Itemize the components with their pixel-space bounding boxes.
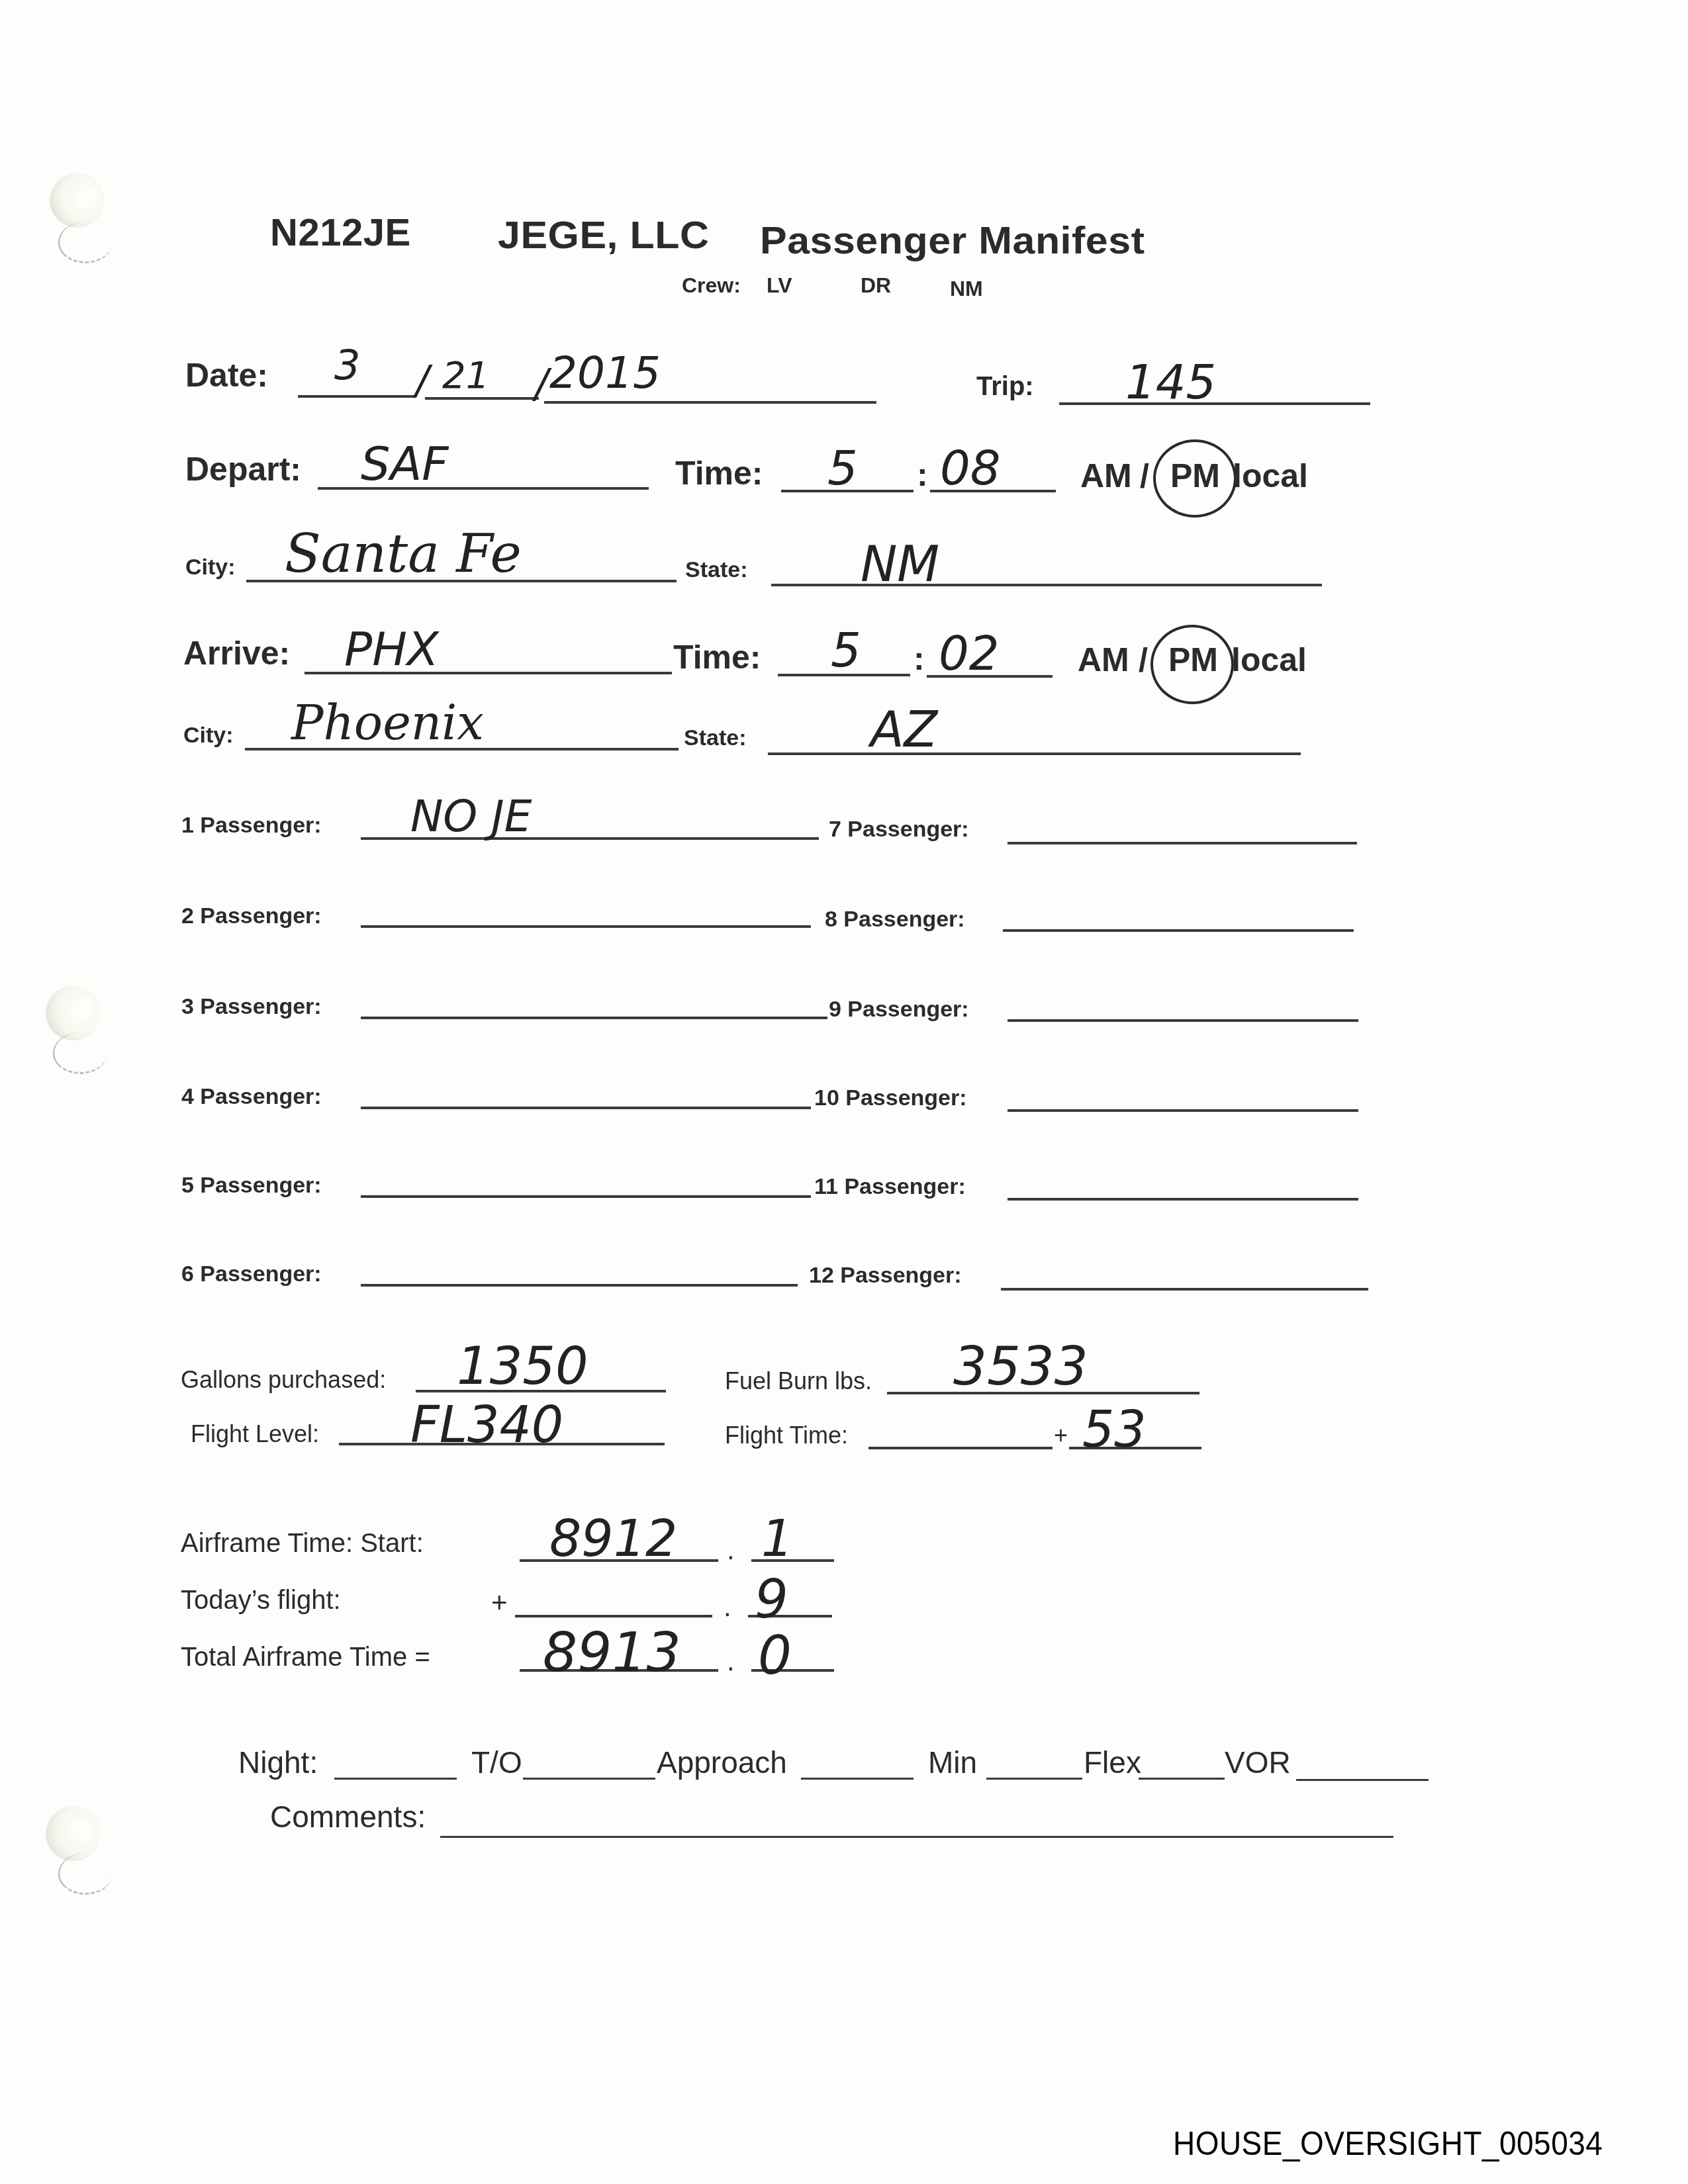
todays-flight-decimal: . [724,1591,731,1623]
arrive-time-label: Time: [673,638,761,676]
passenger-9-line [1008,1019,1358,1022]
arrive-city-label: City: [183,723,234,749]
night-field[interactable] [334,1778,457,1780]
form-header: N212JE [270,210,411,255]
arrive-label: Arrive: [183,634,290,672]
passenger-6-label: 6 Passenger: [181,1261,322,1287]
passenger-7-line [1008,842,1357,844]
takeoff-field[interactable] [523,1778,655,1780]
crew-member-3: NM [950,277,983,301]
flight-time-plus: + [1054,1422,1068,1449]
todays-flight-label: Today’s flight: [181,1586,341,1615]
arrive-time-colon: : [914,639,925,678]
binder-hole-top [52,173,105,226]
crew-label: Crew: [682,273,741,298]
depart-pm-selected-circle [1153,439,1237,518]
airframe-start-tenths-field[interactable]: 1 [761,1509,793,1568]
date-day-field[interactable]: 21 [442,354,489,397]
depart-time-label: Time: [675,454,763,492]
passenger-9-label: 9 Passenger: [829,997,969,1023]
depart-state-label: State: [685,557,747,583]
fuel-burn-field[interactable]: 3533 [953,1336,1088,1397]
date-year-field[interactable]: 2015 [549,347,661,398]
arrive-state-label: State: [684,725,746,751]
arrive-state-line [768,752,1301,755]
passenger-2-label: 2 Passenger: [181,903,322,929]
min-field[interactable] [986,1778,1082,1780]
crew-member-1: LV [767,273,792,298]
passenger-6-line [361,1284,798,1287]
passenger-5-label: 5 Passenger: [181,1173,322,1199]
binder-hole-middle [48,986,101,1039]
arrive-local-label: local [1231,641,1307,679]
arrive-pm-selected-circle [1150,625,1234,704]
depart-minute-field[interactable]: 08 [940,440,1001,496]
depart-state-line [771,584,1322,586]
date-day-line [425,397,539,400]
todays-flight-whole-line [515,1615,712,1617]
crew-member-2: DR [861,273,891,298]
flight-time-label: Flight Time: [725,1422,848,1449]
arrive-am-pm-slash: / [1139,641,1148,679]
min-label: Min [928,1745,977,1780]
total-airframe-tenths-field[interactable]: 0 [758,1625,792,1686]
flex-field[interactable] [1139,1778,1225,1780]
passenger-3-line [361,1017,827,1019]
form-title: Passenger Manifest [760,218,1145,263]
depart-airport-field[interactable]: SAF [361,437,449,491]
gallons-purchased-label: Gallons purchased: [181,1366,386,1394]
date-month-field[interactable]: 3 [334,341,360,389]
date-month-line [298,395,416,398]
night-label: Night: [238,1745,318,1780]
passenger-4-line [361,1107,811,1109]
passenger-12-label: 12 Passenger: [809,1263,962,1289]
trip-number-field[interactable]: 145 [1125,354,1216,410]
flight-level-field[interactable]: FL340 [410,1395,563,1454]
passenger-11-label: 11 Passenger: [814,1174,966,1200]
passenger-10-label: 10 Passenger: [814,1085,967,1111]
gallons-purchased-field[interactable]: 1350 [457,1337,588,1396]
binder-hole-bottom [48,1807,101,1860]
comments-field[interactable] [440,1836,1393,1838]
arrive-am-option[interactable]: AM [1078,641,1129,679]
date-year-line [544,401,876,404]
flight-level-label: Flight Level: [191,1420,319,1448]
depart-am-pm-slash: / [1140,457,1149,495]
passenger-12-line [1001,1288,1368,1291]
total-airframe-whole-field[interactable]: 8913 [543,1621,681,1684]
passenger-11-line [1008,1198,1358,1201]
arrive-airport-field[interactable]: PHX [344,622,439,676]
passenger-7-label: 7 Passenger: [829,817,969,842]
passenger-10-line [1008,1109,1358,1112]
arrive-city-field[interactable]: Phoenix [291,695,484,751]
binder-hole-shadow-bottom [58,1853,113,1895]
binder-hole-shadow-middle [53,1032,107,1074]
airframe-start-decimal: . [727,1534,735,1566]
depart-hour-field[interactable]: 5 [827,440,858,496]
arrive-minute-field[interactable]: 02 [939,625,1000,681]
flight-time-hours-line [868,1447,1053,1449]
arrive-state-field[interactable]: AZ [870,702,937,758]
passenger-4-label: 4 Passenger: [181,1084,322,1110]
passenger-8-line [1003,929,1354,932]
depart-time-colon: : [917,455,928,494]
fuel-burn-label: Fuel Burn lbs. [725,1367,872,1395]
passenger-1-label: 1 Passenger: [181,813,322,839]
depart-label: Depart: [185,450,301,488]
passenger-1-field[interactable]: NO JE [410,791,532,842]
depart-am-option[interactable]: AM [1080,457,1132,495]
vor-field[interactable] [1296,1779,1429,1781]
passenger-5-line [361,1195,811,1198]
depart-city-label: City: [185,555,236,580]
flight-time-minutes-field[interactable]: 53 [1082,1400,1147,1459]
todays-flight-tenths-field[interactable]: 9 [755,1569,788,1630]
flex-label: Flex [1084,1745,1141,1780]
date-label: Date: [185,356,268,394]
depart-city-field[interactable]: Santa Fe [285,523,522,584]
takeoff-label: T/O [471,1745,522,1780]
total-airframe-label: Total Airframe Time = [181,1643,430,1672]
arrive-hour-field[interactable]: 5 [831,622,861,678]
passenger-3-label: 3 Passenger: [181,994,322,1020]
comments-label: Comments: [270,1799,426,1835]
tail-number: N212JE [270,211,411,254]
vor-label: VOR [1225,1745,1291,1780]
trip-label: Trip: [976,372,1034,402]
todays-flight-plus: + [491,1587,508,1619]
date-separator-2: / [535,361,548,407]
bates-number: HOUSE_OVERSIGHT_005034 [1173,2124,1603,2163]
passenger-8-label: 8 Passenger: [825,907,965,933]
binder-hole-shadow-top [58,222,113,263]
approach-label: Approach [657,1745,787,1780]
depart-state-field[interactable]: NM [861,536,939,593]
total-airframe-decimal: . [727,1645,735,1677]
approach-field[interactable] [801,1778,914,1780]
airframe-start-label: Airframe Time: Start: [181,1529,424,1559]
company-name: JEGE, LLC [498,213,709,257]
depart-local-label: local [1233,457,1308,495]
passenger-2-line [361,925,811,928]
airframe-start-whole-field[interactable]: 8912 [549,1509,677,1568]
